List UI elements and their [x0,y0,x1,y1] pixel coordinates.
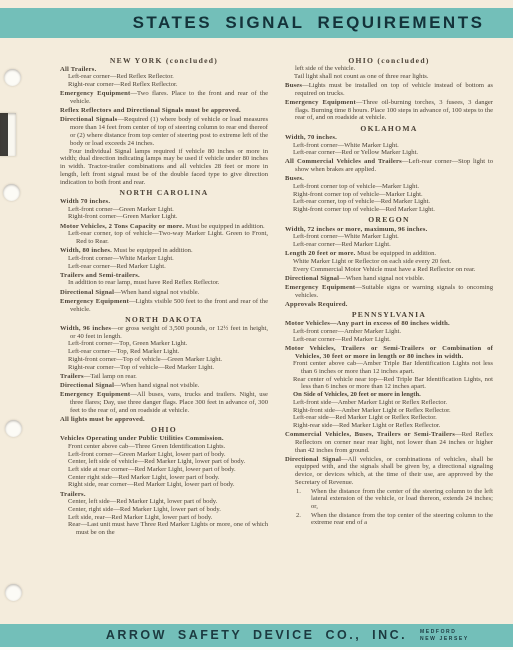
requirement-item: Right-rear corner—Top of vehicle—Red Mar… [60,364,268,372]
requirement-entry: Vehicles Operating under Public Utilitie… [60,435,268,443]
requirement-entry: Length 20 feet or more. Must be equipped… [285,250,493,258]
paragraph: Four individual Signal lamps required if… [60,148,268,187]
document-page: STATES SIGNAL REQUIREMENTS NEW YORK (con… [0,0,513,650]
requirement-item: Right-front corner top of vehicle—Red Ma… [285,206,493,214]
requirement-item: In addition to rear lamp, must have Red … [60,279,268,287]
paragraph: Tail light shall not count as one of thr… [285,73,493,81]
requirement-item: Left-rear corner—Red Marker Light. [60,263,268,271]
requirement-item: Left-rear corner, top of vehicle—Red Mar… [285,198,493,206]
right-column: OHIO (concluded)left side of the vehicle… [285,54,493,624]
requirement-item: Left-rear corner—Red Marker Light. [285,336,493,344]
requirement-item: Right-front corner—Green Marker Light. [60,213,268,221]
requirement-entry: Commercial Vehicles, Buses, Trailers or … [285,431,493,454]
requirement-item: Right-front corner—Top of vehicle—Green … [60,356,268,364]
footer-band: ARROW SAFETY DEVICE CO., INC. MEDFORD NE… [0,624,513,648]
requirement-item: White Marker Light or Reflector on each … [285,258,493,266]
requirement-entry: Approvals Required. [285,301,493,309]
requirement-item: Center, left side—Red Marker Light, lowe… [60,498,268,506]
requirement-item: Left-front corner—Amber Marker Light. [285,328,493,336]
requirement-entry: Emergency Equipment—Lights visible 500 f… [60,298,268,313]
requirement-item: Center, right side—Red Marker Light, low… [60,506,268,514]
requirement-item: Rear—Last unit must have Three Red Marke… [60,521,268,536]
title-band: STATES SIGNAL REQUIREMENTS [0,8,513,38]
requirement-entry: Directional Signal—When hand signal not … [285,275,493,283]
requirement-item: Left-rear corner, top of vehicle—Two-way… [60,230,268,245]
requirement-item: Center, left side of vehicle—Red Marker … [60,458,268,466]
requirement-item: Center right side—Red Marker Light, lowe… [60,474,268,482]
requirement-entry: Trailers. [60,491,268,499]
requirement-entry: Width, 70 inches. [285,134,493,142]
requirement-item: Right-front side—Amber Marker Light or R… [285,407,493,415]
binder-slot [0,113,16,156]
state-heading: NEW YORK (concluded) [60,57,268,65]
requirement-item: Left-front corner top of vehicle—Marker … [285,183,493,191]
state-heading: NORTH CAROLINA [60,189,268,197]
requirement-entry: Buses. [285,175,493,183]
requirement-item: Front center above cab—Three Green Ident… [60,443,268,451]
continuation-line: left side of the vehicle. [285,65,493,73]
requirement-item: Left-front corner—Green Marker Light. [60,206,268,214]
requirement-entry: Trailers and Semi-trailers. [60,272,268,280]
requirement-entry: Motor Vehicles, Trailers or Semi-Trailer… [285,345,493,360]
requirement-entry: Emergency Equipment—Suitable signs or wa… [285,284,493,299]
requirement-entry: Motor Vehicles—Any part in excess of 80 … [285,320,493,328]
requirement-entry: Trailers—Tail lamp on rear. [60,373,268,381]
state-heading: PENNSYLVANIA [285,311,493,319]
company-location: MEDFORD NEW JERSEY [420,629,469,642]
requirement-entry: Directional Signal—When hand signal not … [60,289,268,297]
requirement-entry: Width, 72 inches or more, maximum, 96 in… [285,226,493,234]
state-heading: NORTH DAKOTA [60,316,268,324]
requirement-entry: Buses—Lights must be installed on top of… [285,82,493,97]
requirement-entry: Motor Vehicles, 2 Tons Capacity or more.… [60,223,268,231]
punch-hole [3,184,20,201]
requirement-item: Left-rear corner—Red Marker Light. [285,241,493,249]
requirement-item: Left-rear corner—Red or Yellow Marker Li… [285,149,493,157]
requirement-item: Left-front corner—Green Marker Light, lo… [60,451,268,459]
text-columns: NEW YORK (concluded)All Trailers.Left-re… [60,54,494,624]
requirement-entry: All Commercial Vehicles and Trailers—Lef… [285,158,493,173]
requirement-entry: Width 70 inches. [60,198,268,206]
punch-hole [4,69,21,86]
punch-hole [5,420,22,437]
location-line2: NEW JERSEY [420,636,469,643]
requirement-item: Left-front corner—White Marker Light. [285,233,493,241]
requirement-item: Rear center of vehicle near top—Red Trip… [285,376,493,391]
state-heading: OHIO (concluded) [285,57,493,65]
requirement-entry: All Trailers. [60,66,268,74]
requirement-entry: Emergency Equipment—All buses, vans, tru… [60,391,268,414]
numbered-item: 2.When the distance from the top center … [285,512,493,527]
state-heading: OKLAHOMA [285,125,493,133]
requirement-item: Right-front corner top of vehicle—Marker… [285,191,493,199]
requirement-item: Right side, rear corner—Red Marker Light… [60,481,268,489]
requirement-item: Left-rear side—Red Marker Light or Refle… [285,414,493,422]
numbered-item: 1.When the distance from the center of t… [285,488,493,511]
requirement-item: Left-front corner—White Marker Light. [285,142,493,150]
requirement-item: Right-rear side—Red Marker Light or Refl… [285,422,493,430]
requirement-item: Left-front corner—White Marker Light. [60,255,268,263]
requirement-item: Every Commercial Motor Vehicle must have… [285,266,493,274]
state-heading: OHIO [60,426,268,434]
requirement-entry: Emergency Equipment—Two flares. Place to… [60,90,268,105]
requirement-entry: Emergency Equipment—Three oil-burning to… [285,99,493,122]
requirement-entry: All lights must be approved. [60,416,268,424]
requirement-entry: Directional Signal—When hand signal not … [60,382,268,390]
requirement-item: Front center above cab—Amber Triple Bar … [285,360,493,375]
requirement-item: Left side, rear—Red Marker Light, lower … [60,514,268,522]
requirement-item: Left-front corner—Top, Green Marker Ligh… [60,340,268,348]
requirement-entry: Width, 80 inches. Must be equipped in ad… [60,247,268,255]
page-title: STATES SIGNAL REQUIREMENTS [0,13,513,33]
requirement-item: Right-rear corner—Red Reflex Reflector. [60,81,268,89]
left-column: NEW YORK (concluded)All Trailers.Left-re… [60,54,268,624]
requirement-item: Left-front side—Amber Marker Light or Re… [285,399,493,407]
requirement-entry: Reflex Reflectors and Directional Signal… [60,107,268,115]
punch-hole [5,584,22,601]
requirement-item: Left-rear corner—Top, Red Marker Light. [60,348,268,356]
state-heading: OREGON [285,216,493,224]
requirement-item: Left-rear corner—Red Reflex Reflector. [60,73,268,81]
requirement-entry: Directional Signal—All vehicles, or comb… [285,456,493,487]
requirement-entry: Directional Signals—Required (1) where b… [60,116,268,147]
requirement-item: Left side at rear corner—Red Marker Ligh… [60,466,268,474]
requirement-entry: Width, 96 inches—or gross weight of 3,50… [60,325,268,340]
requirement-item: On Side of Vehicles, 20 feet or more in … [285,391,493,399]
